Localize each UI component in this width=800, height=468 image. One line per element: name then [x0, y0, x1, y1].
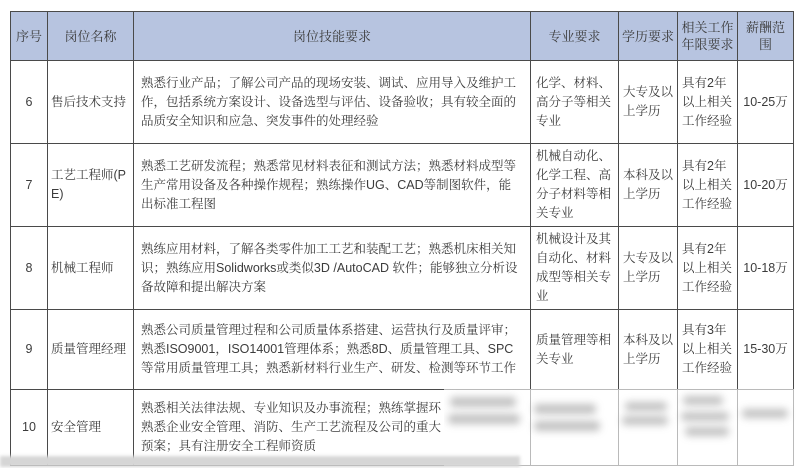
- header-salary: 薪酬范围: [738, 12, 794, 61]
- cell-skills: 熟悉公司质量管理过程和公司质量体系搭建、运营执行及质量评审；熟悉ISO9001，…: [134, 310, 531, 390]
- cell-experience: 具有3年以上相关工作经验: [678, 310, 738, 390]
- table-row: 7 工艺工程师(PE) 熟悉工艺研发流程；熟悉常见材料表征和测试方法；熟悉材料成…: [11, 144, 794, 227]
- blur-blob: [622, 416, 668, 425]
- cell-no: 6: [11, 61, 48, 144]
- header-education: 学历要求: [619, 12, 678, 61]
- header-position: 岗位名称: [48, 12, 134, 61]
- table-row: 6 售后技术支持 熟悉行业产品；了解公司产品的现场安装、调试、应用导入及维护工作…: [11, 61, 794, 144]
- cell-major: 机械设计及其自动化、材料成型等相关专业: [531, 227, 619, 310]
- header-row: 序号 岗位名称 岗位技能要求 专业要求 学历要求 相关工作年限要求 薪酬范围: [11, 12, 794, 61]
- cell-no: 10: [11, 390, 48, 466]
- cell-salary: 10-18万: [738, 227, 794, 310]
- cell-position: 工艺工程师(PE): [48, 144, 134, 227]
- cell-experience: 具有2年以上相关工作经验: [678, 144, 738, 227]
- cell-position: 质量管理经理: [48, 310, 134, 390]
- blur-blob: [742, 409, 788, 418]
- blur-blob: [534, 421, 600, 431]
- cell-experience: 具有2年以上相关工作经验: [678, 227, 738, 310]
- cell-position: 安全管理: [48, 390, 134, 466]
- header-skills: 岗位技能要求: [134, 12, 531, 61]
- cell-major: 机械自动化、化学工程、高分子材料等相关专业: [531, 144, 619, 227]
- cell-salary: 10-20万: [738, 144, 794, 227]
- cell-education: 本科及以上学历: [619, 144, 678, 227]
- cell-education: 大专及以上学历: [619, 61, 678, 144]
- cell-skills: 熟练应用材料，了解各类零件加工工艺和装配工艺；熟悉机床相关知识；熟练应用Soli…: [134, 227, 531, 310]
- blur-blob: [681, 412, 729, 421]
- header-experience: 相关工作年限要求: [678, 12, 738, 61]
- cell-skills: 熟悉行业产品；了解公司产品的现场安装、调试、应用导入及维护工作，包括系统方案设计…: [134, 61, 531, 144]
- cell-salary: 15-30万: [738, 310, 794, 390]
- blur-blob: [450, 397, 516, 407]
- cell-education: 大专及以上学历: [619, 227, 678, 310]
- blur-blob: [625, 402, 667, 411]
- cell-no: 9: [11, 310, 48, 390]
- screenshot-root: 序号 岗位名称 岗位技能要求 专业要求 学历要求 相关工作年限要求 薪酬范围 6…: [0, 0, 800, 468]
- blur-blob: [534, 404, 596, 414]
- cell-major: 质量管理等相关专业: [531, 310, 619, 390]
- cell-experience: 具有2年以上相关工作经验: [678, 61, 738, 144]
- cell-major: 化学、材料、高分子等相关专业: [531, 61, 619, 144]
- table-row: 9 质量管理经理 熟悉公司质量管理过程和公司质量体系搭建、运营执行及质量评审；熟…: [11, 310, 794, 390]
- cell-salary: 10-25万: [738, 61, 794, 144]
- cell-no: 7: [11, 144, 48, 227]
- blur-blob: [448, 414, 520, 424]
- blur-blob: [683, 396, 723, 405]
- header-no: 序号: [11, 12, 48, 61]
- cell-position: 机械工程师: [48, 227, 134, 310]
- blur-blob: [685, 427, 729, 436]
- cell-education: 本科及以上学历: [619, 310, 678, 390]
- header-major: 专业要求: [531, 12, 619, 61]
- table-row: 8 机械工程师 熟练应用材料，了解各类零件加工工艺和装配工艺；熟悉机床相关知识；…: [11, 227, 794, 310]
- censor-strip: [0, 456, 520, 467]
- cell-position: 售后技术支持: [48, 61, 134, 144]
- cell-no: 8: [11, 227, 48, 310]
- cell-skills: 熟悉工艺研发流程；熟悉常见材料表征和测试方法；熟悉材料成型等生产常用设备及各种操…: [134, 144, 531, 227]
